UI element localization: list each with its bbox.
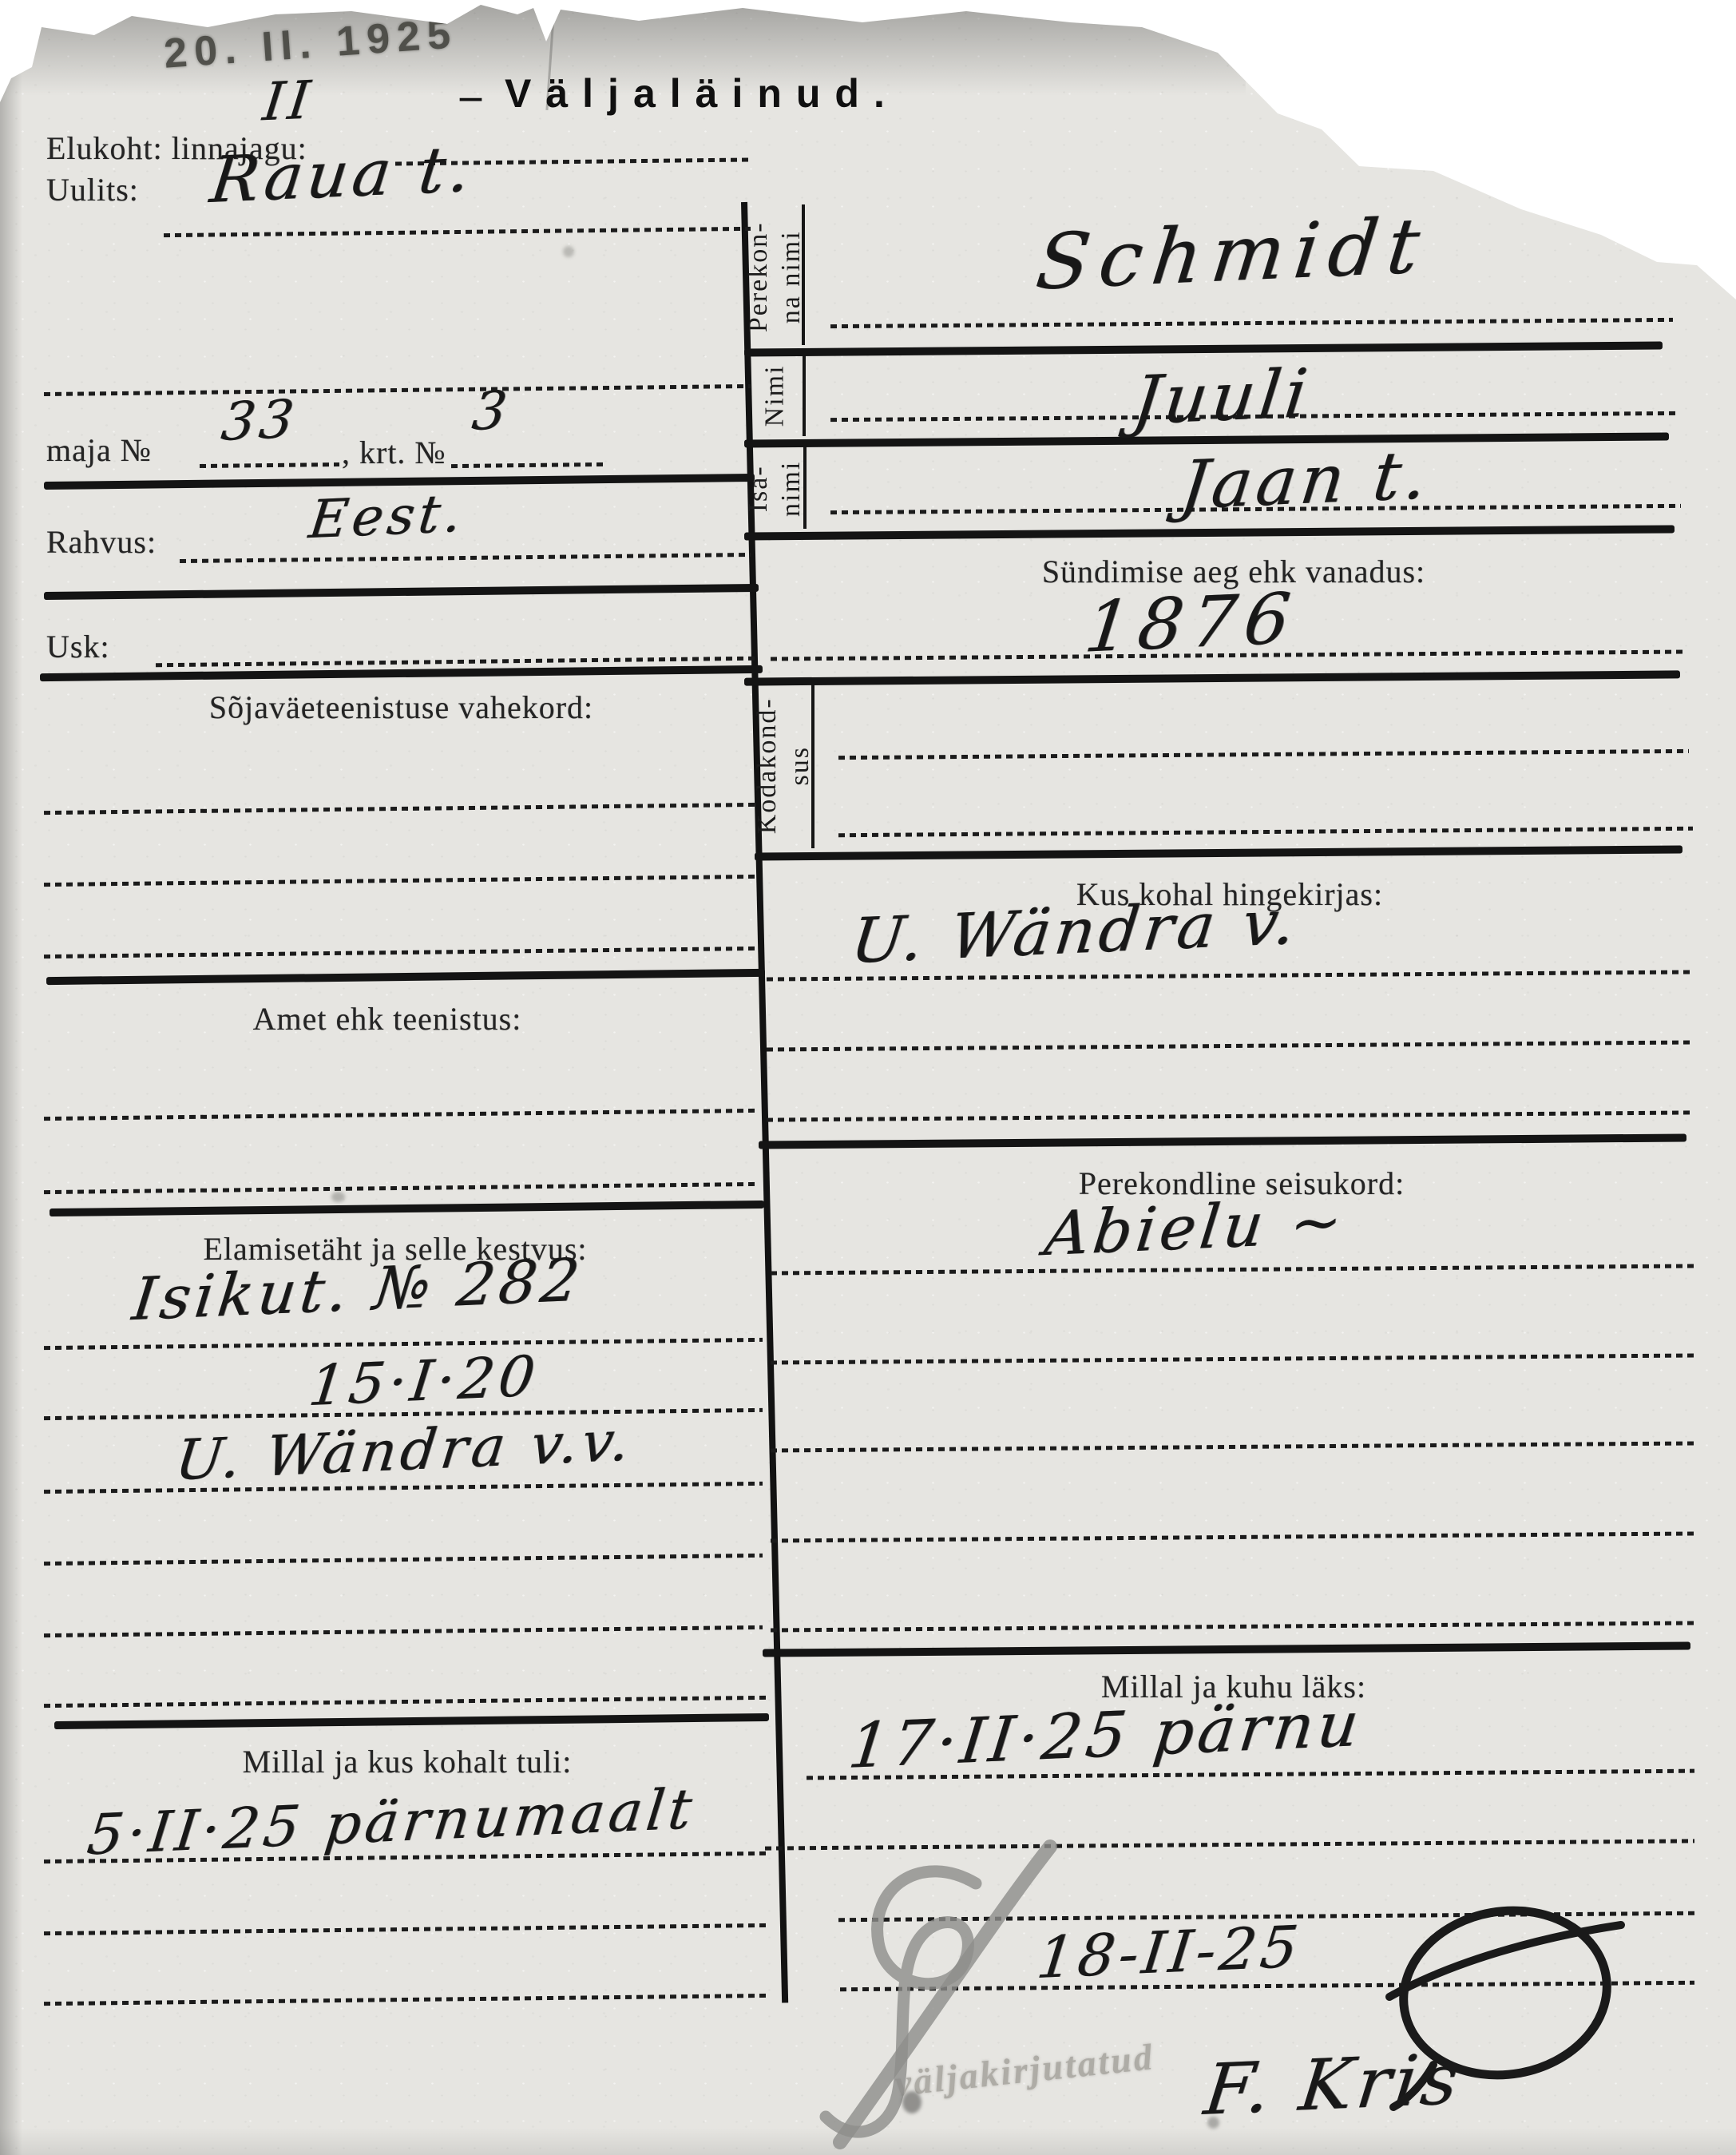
- rule-line: [744, 670, 1680, 685]
- dotted-line: [767, 1040, 1693, 1051]
- rule-line: [755, 845, 1682, 860]
- handwritten-birth-year: 1876: [1080, 577, 1302, 668]
- paper-speck: [902, 2091, 922, 2113]
- page-title: Väljaläinud.: [505, 70, 899, 117]
- military-service-label: Sõjaväeteenistuse vahekord:: [44, 689, 759, 726]
- dotted-line: [771, 1353, 1694, 1364]
- dotted-line: [44, 1994, 771, 2006]
- handwritten-nationality: Eest.: [306, 482, 469, 550]
- paper-speck: [1207, 2117, 1219, 2129]
- citizenship-vertical-label: Kodakond- sus: [751, 682, 817, 850]
- street-label: Uulits:: [46, 171, 139, 208]
- name-vertical-label: Nimi: [759, 347, 792, 443]
- rule-line: [40, 665, 763, 681]
- dotted-line: [44, 803, 759, 815]
- handwritten-marital: Abielu ~: [1041, 1185, 1350, 1269]
- dotted-line: [44, 1625, 763, 1637]
- occupation-label: Amet ehk teenistus:: [44, 1000, 731, 1038]
- dotted-line: [44, 1696, 767, 1708]
- dotted-line: [44, 1482, 763, 1494]
- dotted-line: [771, 1621, 1695, 1632]
- dotted-line: [44, 875, 759, 887]
- ink-oval-scribble: [1357, 1877, 1645, 2117]
- handwritten-permit-line2: 15·I·20: [305, 1343, 541, 1419]
- dotted-line: [830, 318, 1673, 328]
- citizenship-label-line2: sus: [784, 682, 817, 850]
- rule-line: [744, 525, 1675, 540]
- surname-vertical-label: Perekon- na nimi: [743, 213, 808, 341]
- dotted-line: [44, 1338, 763, 1350]
- dotted-line: [767, 1110, 1694, 1121]
- arrived-label: Millal ja kus kohalt tuli:: [48, 1743, 767, 1780]
- handwritten-father-name: Jaan t.: [1176, 435, 1434, 524]
- dotted-line: [771, 1441, 1695, 1452]
- rule-line: [744, 341, 1663, 356]
- dotted-line: [771, 1531, 1695, 1542]
- dotted-line: [771, 1264, 1694, 1275]
- handwritten-surname: Schmidt: [1032, 200, 1433, 307]
- scanned-document: 20. II. 1925 – Väljaläinud. II Perekon- …: [0, 0, 1736, 2155]
- rule-line: [46, 969, 765, 985]
- surname-label-line2: na nimi: [775, 213, 808, 341]
- dotted-line: [44, 384, 751, 396]
- handwritten-district: II: [260, 69, 316, 133]
- father-label-line2: nimi: [775, 441, 808, 537]
- handwritten-name: Juuli: [1129, 354, 1315, 440]
- torn-edge-ink-mark: [1400, 115, 1425, 137]
- dotted-line: [200, 462, 339, 468]
- father-label-line1: Isa-: [743, 441, 775, 537]
- dotted-line: [164, 227, 751, 237]
- rule-line: [54, 1713, 769, 1729]
- rule-line: [759, 1133, 1686, 1149]
- rule-line: [50, 1201, 764, 1216]
- handwritten-street: Raua t.: [207, 132, 478, 217]
- paper-speck: [331, 1192, 345, 1202]
- dotted-line: [44, 1109, 759, 1121]
- handwritten-permit-line3: U. Wändra v.v.: [172, 1408, 637, 1494]
- paper-sheet: 20. II. 1925 – Väljaläinud. II Perekon- …: [0, 0, 1736, 2155]
- dotted-line: [838, 827, 1693, 837]
- father-vertical-label: Isa- nimi: [743, 441, 808, 537]
- rule-line: [763, 1641, 1690, 1657]
- dotted-line: [44, 1182, 759, 1194]
- dotted-line: [838, 749, 1689, 760]
- dotted-line: [451, 462, 607, 468]
- dotted-line: [156, 657, 755, 668]
- dotted-line: [44, 947, 759, 958]
- pencil-scribble-mark: [767, 1837, 1086, 2155]
- dotted-line: [44, 1554, 763, 1566]
- house-no-label: maja №: [46, 431, 152, 469]
- left-edge-shadow: [0, 0, 22, 2155]
- dotted-line: [180, 553, 751, 563]
- name-label-line: Nimi: [759, 347, 792, 443]
- title-dash: –: [460, 70, 482, 120]
- religion-label: Usk:: [46, 628, 110, 665]
- rule-line: [44, 584, 759, 600]
- handwritten-house-no: 33: [218, 388, 300, 453]
- surname-label-line1: Perekon-: [743, 213, 775, 341]
- nationality-label: Rahvus:: [46, 523, 157, 561]
- apt-no-label: , krt. №: [342, 434, 446, 471]
- dotted-line: [44, 1923, 771, 1935]
- label-cell-line: [803, 351, 806, 436]
- paper-speck: [563, 246, 574, 257]
- handwritten-apt-no: 3: [469, 379, 513, 443]
